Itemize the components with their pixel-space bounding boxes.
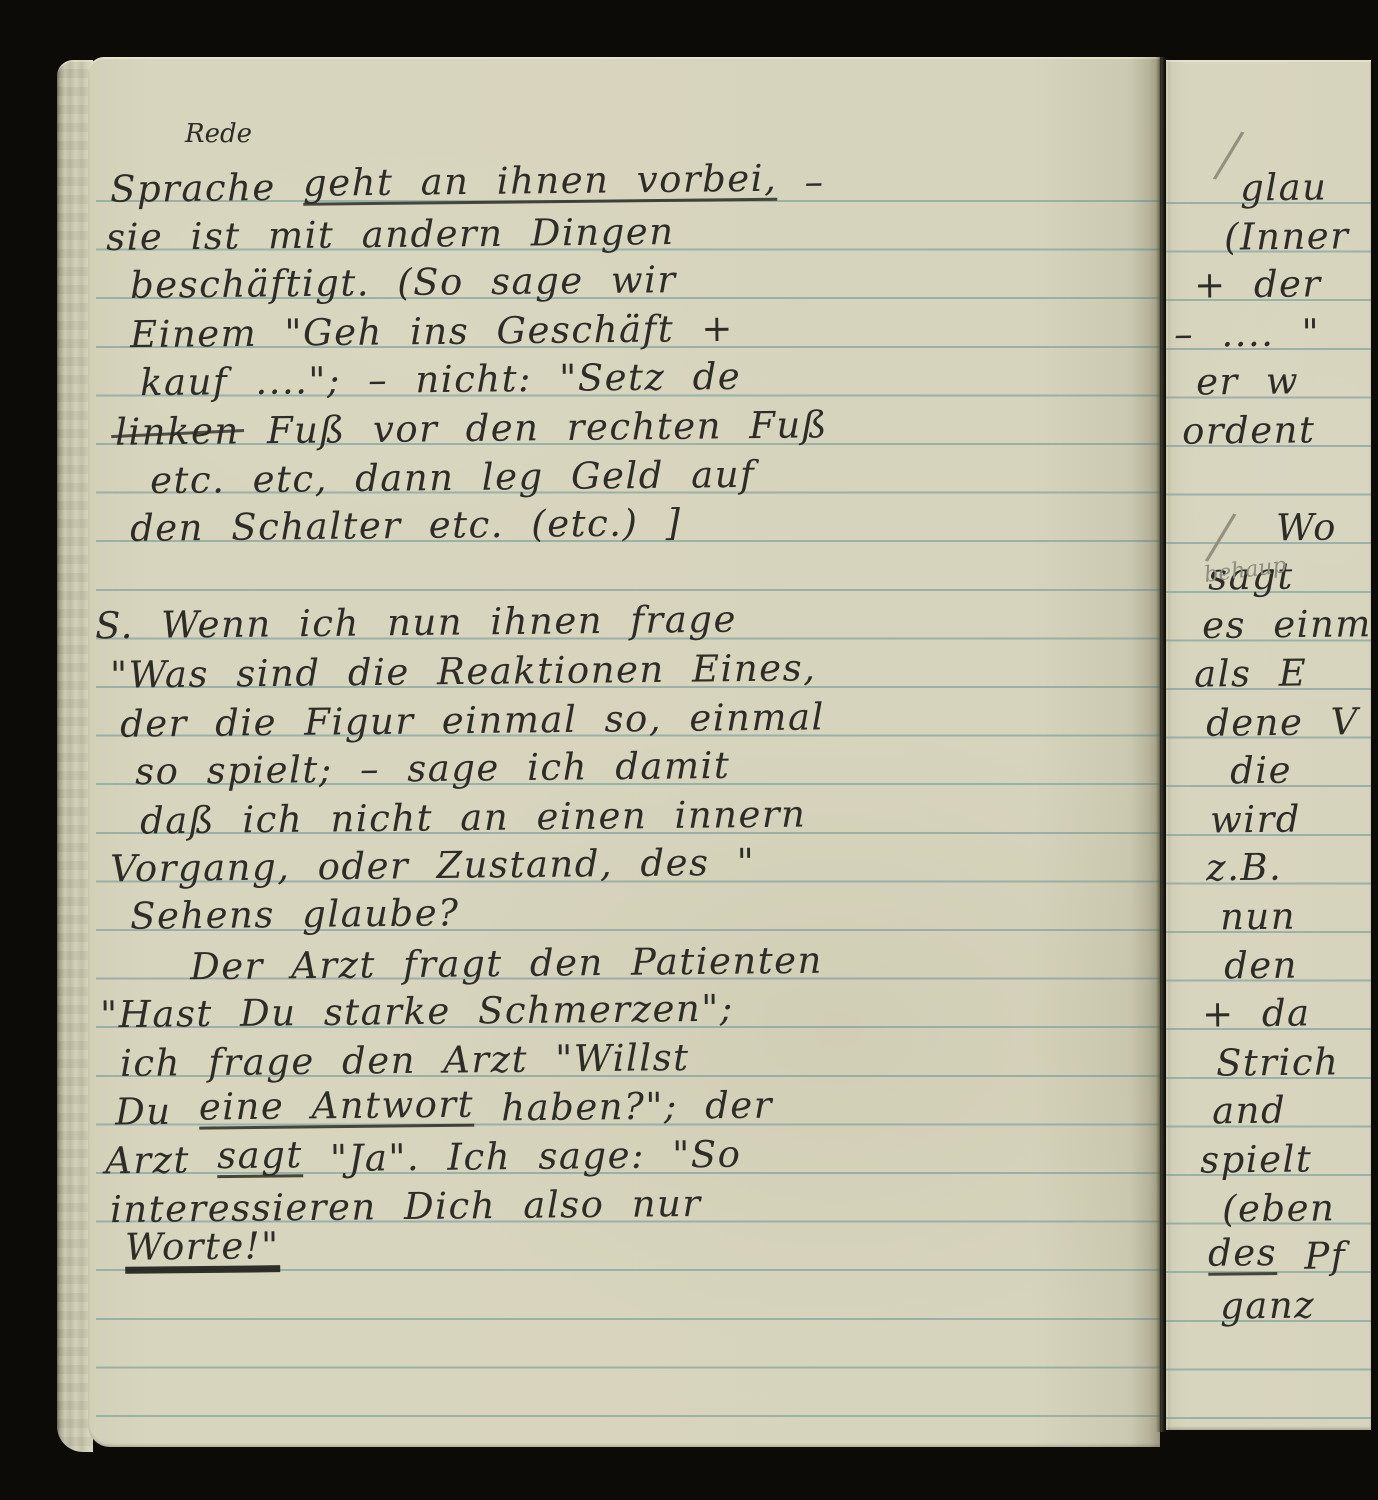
handwritten-line: Wo xyxy=(1276,494,1337,547)
handwritten-line: die xyxy=(1230,737,1292,790)
notebook-photo: Sprache geht an ihnen vorbei, –sie ist m… xyxy=(0,0,1378,1500)
handwritten-line: Sprache geht an ihnen vorbei, – xyxy=(110,148,825,207)
handwritten-line: interessieren Dich also nur xyxy=(110,1169,702,1227)
handwritten-line: z.B. xyxy=(1206,834,1283,887)
handwritten-line: + der xyxy=(1194,251,1322,304)
handwritten-line: es einma xyxy=(1202,590,1371,644)
handwritten-line: (eben xyxy=(1222,1174,1336,1227)
handwritten-line: wird xyxy=(1210,785,1301,838)
handwritten-line: ganz xyxy=(1220,1271,1316,1324)
handwritten-line: and xyxy=(1212,1077,1287,1130)
handwritten-line: – .... " xyxy=(1174,299,1321,353)
handwriting-right: glau(Inner+ der– .... "er wordentWosagte… xyxy=(1166,60,1371,1430)
handwritten-line: spielt xyxy=(1200,1125,1313,1178)
handwritten-line: glau xyxy=(1240,154,1328,207)
left-page: Sprache geht an ihnen vorbei, –sie ist m… xyxy=(88,57,1160,1447)
right-page: glau(Inner+ der– .... "er wordentWosagte… xyxy=(1166,60,1371,1430)
handwritten-line: ordent xyxy=(1182,396,1316,449)
handwritten-line: nun xyxy=(1220,883,1297,936)
handwritten-line: Strich xyxy=(1216,1028,1340,1081)
handwritten-line: (Inner xyxy=(1224,202,1350,255)
handwriting-left: Sprache geht an ihnen vorbei, –sie ist m… xyxy=(88,57,1160,1447)
handwritten-line: als E xyxy=(1194,639,1308,692)
handwritten-line: den Schalter etc. (etc.) ] xyxy=(130,489,682,547)
margin-note: Rede xyxy=(185,119,252,149)
handwritten-line: + da xyxy=(1202,980,1311,1033)
handwritten-line: er w xyxy=(1196,348,1300,401)
handwritten-line: des Pf xyxy=(1208,1222,1346,1275)
handwritten-line: Sehens glaube? xyxy=(130,879,460,934)
handwritten-line: Worte!" xyxy=(125,1220,280,1274)
binding-fold xyxy=(1156,57,1166,1432)
handwritten-line: den xyxy=(1224,931,1298,984)
handwritten-line: dene V xyxy=(1206,688,1359,742)
